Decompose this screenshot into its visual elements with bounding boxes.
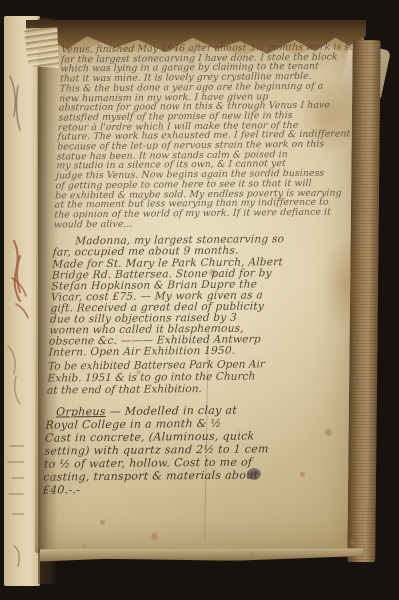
orpheus-heading: Orpheus xyxy=(56,405,106,419)
text-line: would be alive... xyxy=(54,217,354,230)
text-line: Intern. Open Air Exhibition 1950. xyxy=(48,345,348,359)
exhibition-note: To be exhibited Battersea Park Open Air … xyxy=(47,358,348,397)
photo-frame: Venus, finished May 1946 after almost 3½… xyxy=(0,0,399,600)
foxing-spots xyxy=(100,520,105,525)
under-pages-edge xyxy=(40,547,364,562)
venus-entry: Venus, finished May 1946 after almost 3½… xyxy=(54,42,362,230)
orpheus-entry: Orpheus — Modelled in clay at Royal Coll… xyxy=(43,403,347,497)
corner-page-leaves xyxy=(23,24,63,72)
text-line: at the end of that Exhibition. xyxy=(47,382,347,397)
madonna-entry: Madonna, my largest stonecarving so far,… xyxy=(48,234,353,359)
manuscript-text: Venus, finished May 1946 after almost 3½… xyxy=(43,42,362,497)
